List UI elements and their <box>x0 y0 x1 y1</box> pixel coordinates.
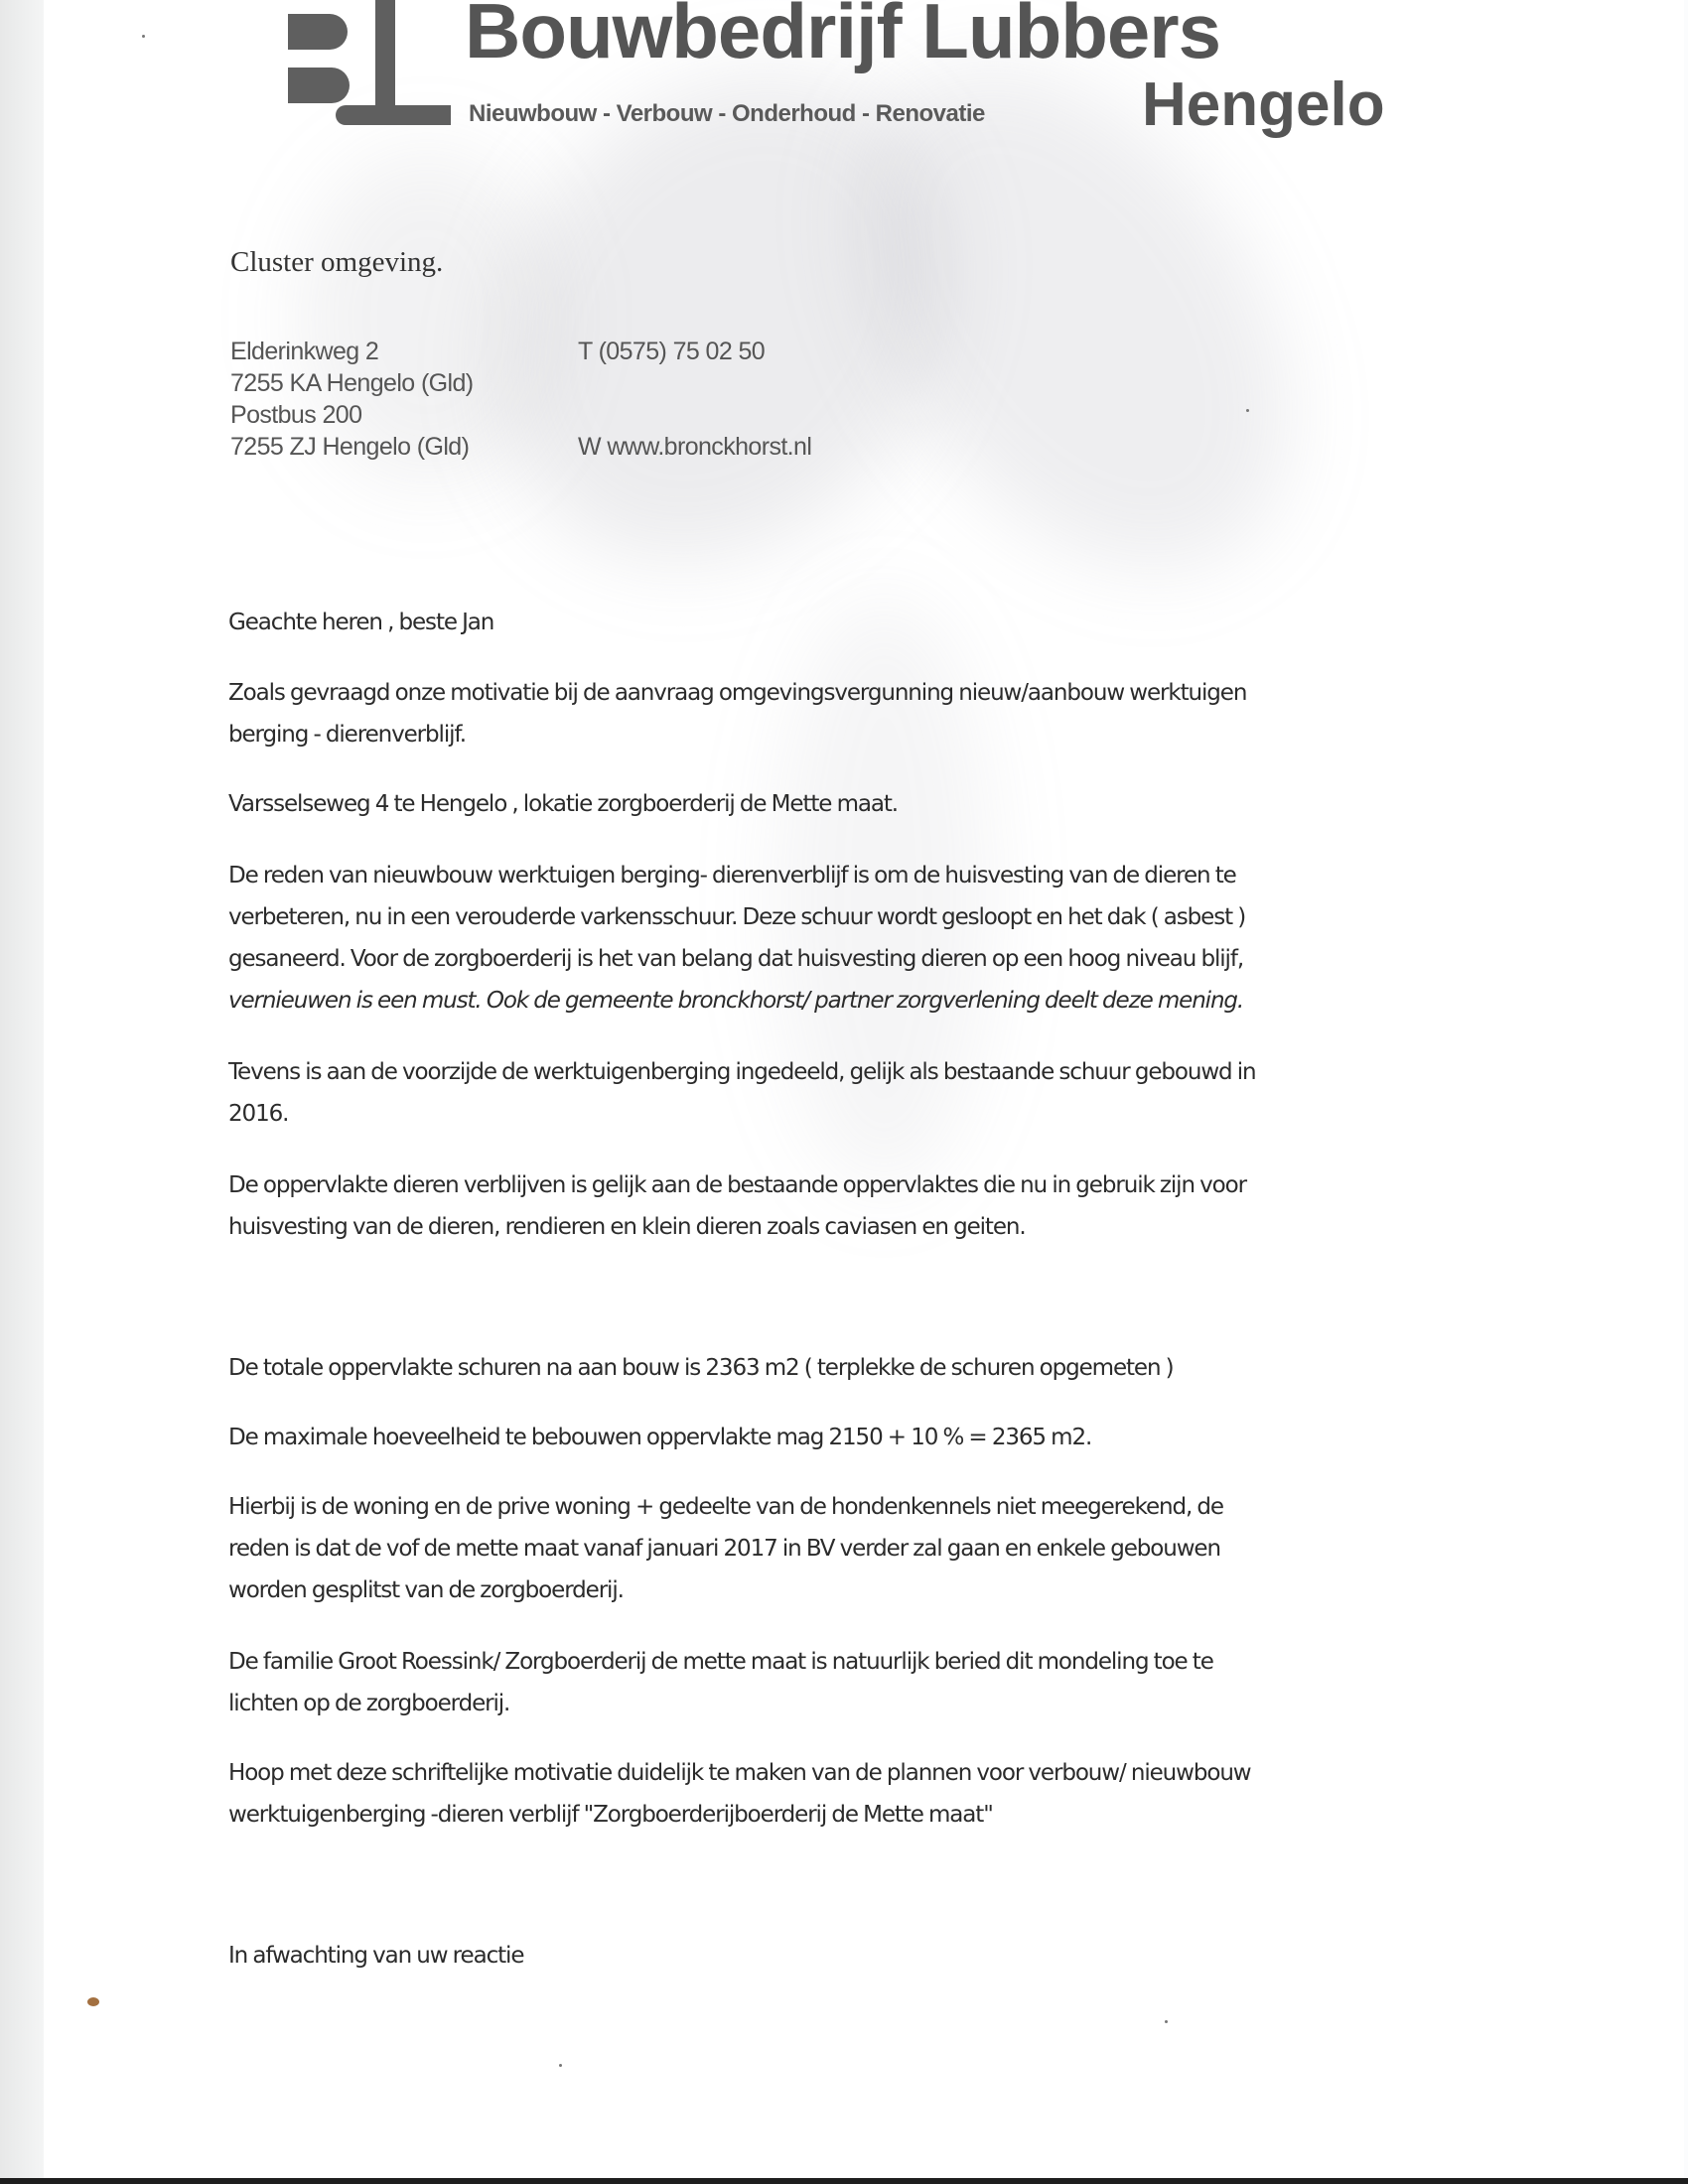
recipient-phone: T (0575) 75 02 50 <box>578 338 765 366</box>
paragraph-line: De totale oppervlakte schuren na aan bou… <box>228 1355 1174 1381</box>
address-line: Elderinkweg 2 <box>230 338 378 366</box>
scan-edge-left <box>0 0 44 2184</box>
paragraph-line: De familie Groot Roessink/ Zorgboerderij… <box>228 1649 1213 1675</box>
paragraph-line: reden is dat de vof de mette maat vanaf … <box>228 1536 1220 1562</box>
paragraph-line: De reden van nieuwbouw werktuigen bergin… <box>228 863 1236 888</box>
paragraph-line: huisvesting van de dieren, rendieren en … <box>228 1214 1026 1240</box>
paragraph-line: berging - dierenverblijf. <box>228 722 466 748</box>
paragraph-line: De oppervlakte dieren verblijven is geli… <box>228 1172 1246 1198</box>
paragraph-line: 2016. <box>228 1101 288 1127</box>
scan-stain <box>87 1997 99 2006</box>
scan-speck <box>559 2064 562 2067</box>
scan-speck <box>1165 2020 1168 2023</box>
paragraph-line: Tevens is aan de voorzijde de werktuigen… <box>228 1059 1256 1085</box>
address-line: 7255 ZJ Hengelo (Gld) <box>230 433 469 462</box>
paragraph-line: Hierbij is de woning en de prive woning … <box>228 1494 1223 1520</box>
paragraph-line: Hoop met deze schriftelijke motivatie du… <box>228 1760 1251 1786</box>
paragraph-line: werktuigenberging -dieren verblijf "Zorg… <box>228 1802 993 1828</box>
paragraph-line: De maximale hoeveelheid te bebouwen oppe… <box>228 1425 1091 1450</box>
scan-speck <box>142 35 145 38</box>
salutation: Geachte heren , beste Jan <box>228 610 493 635</box>
company-city: Hengelo <box>1142 69 1385 140</box>
closing: In afwachting van uw reactie <box>228 1943 523 1969</box>
paragraph-line: lichten op de zorgboerderij. <box>228 1691 509 1716</box>
recipient-website: W www.bronckhorst.nl <box>578 433 811 462</box>
recipient-department: Cluster omgeving. <box>230 246 443 279</box>
paragraph-line: verbeteren, nu in een verouderde varkens… <box>228 904 1245 930</box>
company-name: Bouwbedrijf Lubbers <box>465 0 1220 76</box>
paragraph-line: vernieuwen is een must. Ook de gemeente … <box>228 988 1243 1014</box>
address-line: 7255 KA Hengelo (Gld) <box>230 369 474 398</box>
paragraph-line: Varsselseweg 4 te Hengelo , lokatie zorg… <box>228 791 898 817</box>
scan-edge-bottom <box>0 2178 1688 2184</box>
company-tagline: Nieuwbouw - Verbouw - Onderhoud - Renova… <box>469 100 985 128</box>
scan-speck <box>1246 409 1249 412</box>
address-line: Postbus 200 <box>230 401 361 430</box>
letter-page <box>44 0 1684 2178</box>
paragraph-line: worden gesplitst van de zorgboerderij. <box>228 1577 624 1603</box>
paragraph-line: gesaneerd. Voor de zorgboerderij is het … <box>228 946 1243 972</box>
paragraph-line: Zoals gevraagd onze motivatie bij de aan… <box>228 680 1246 706</box>
